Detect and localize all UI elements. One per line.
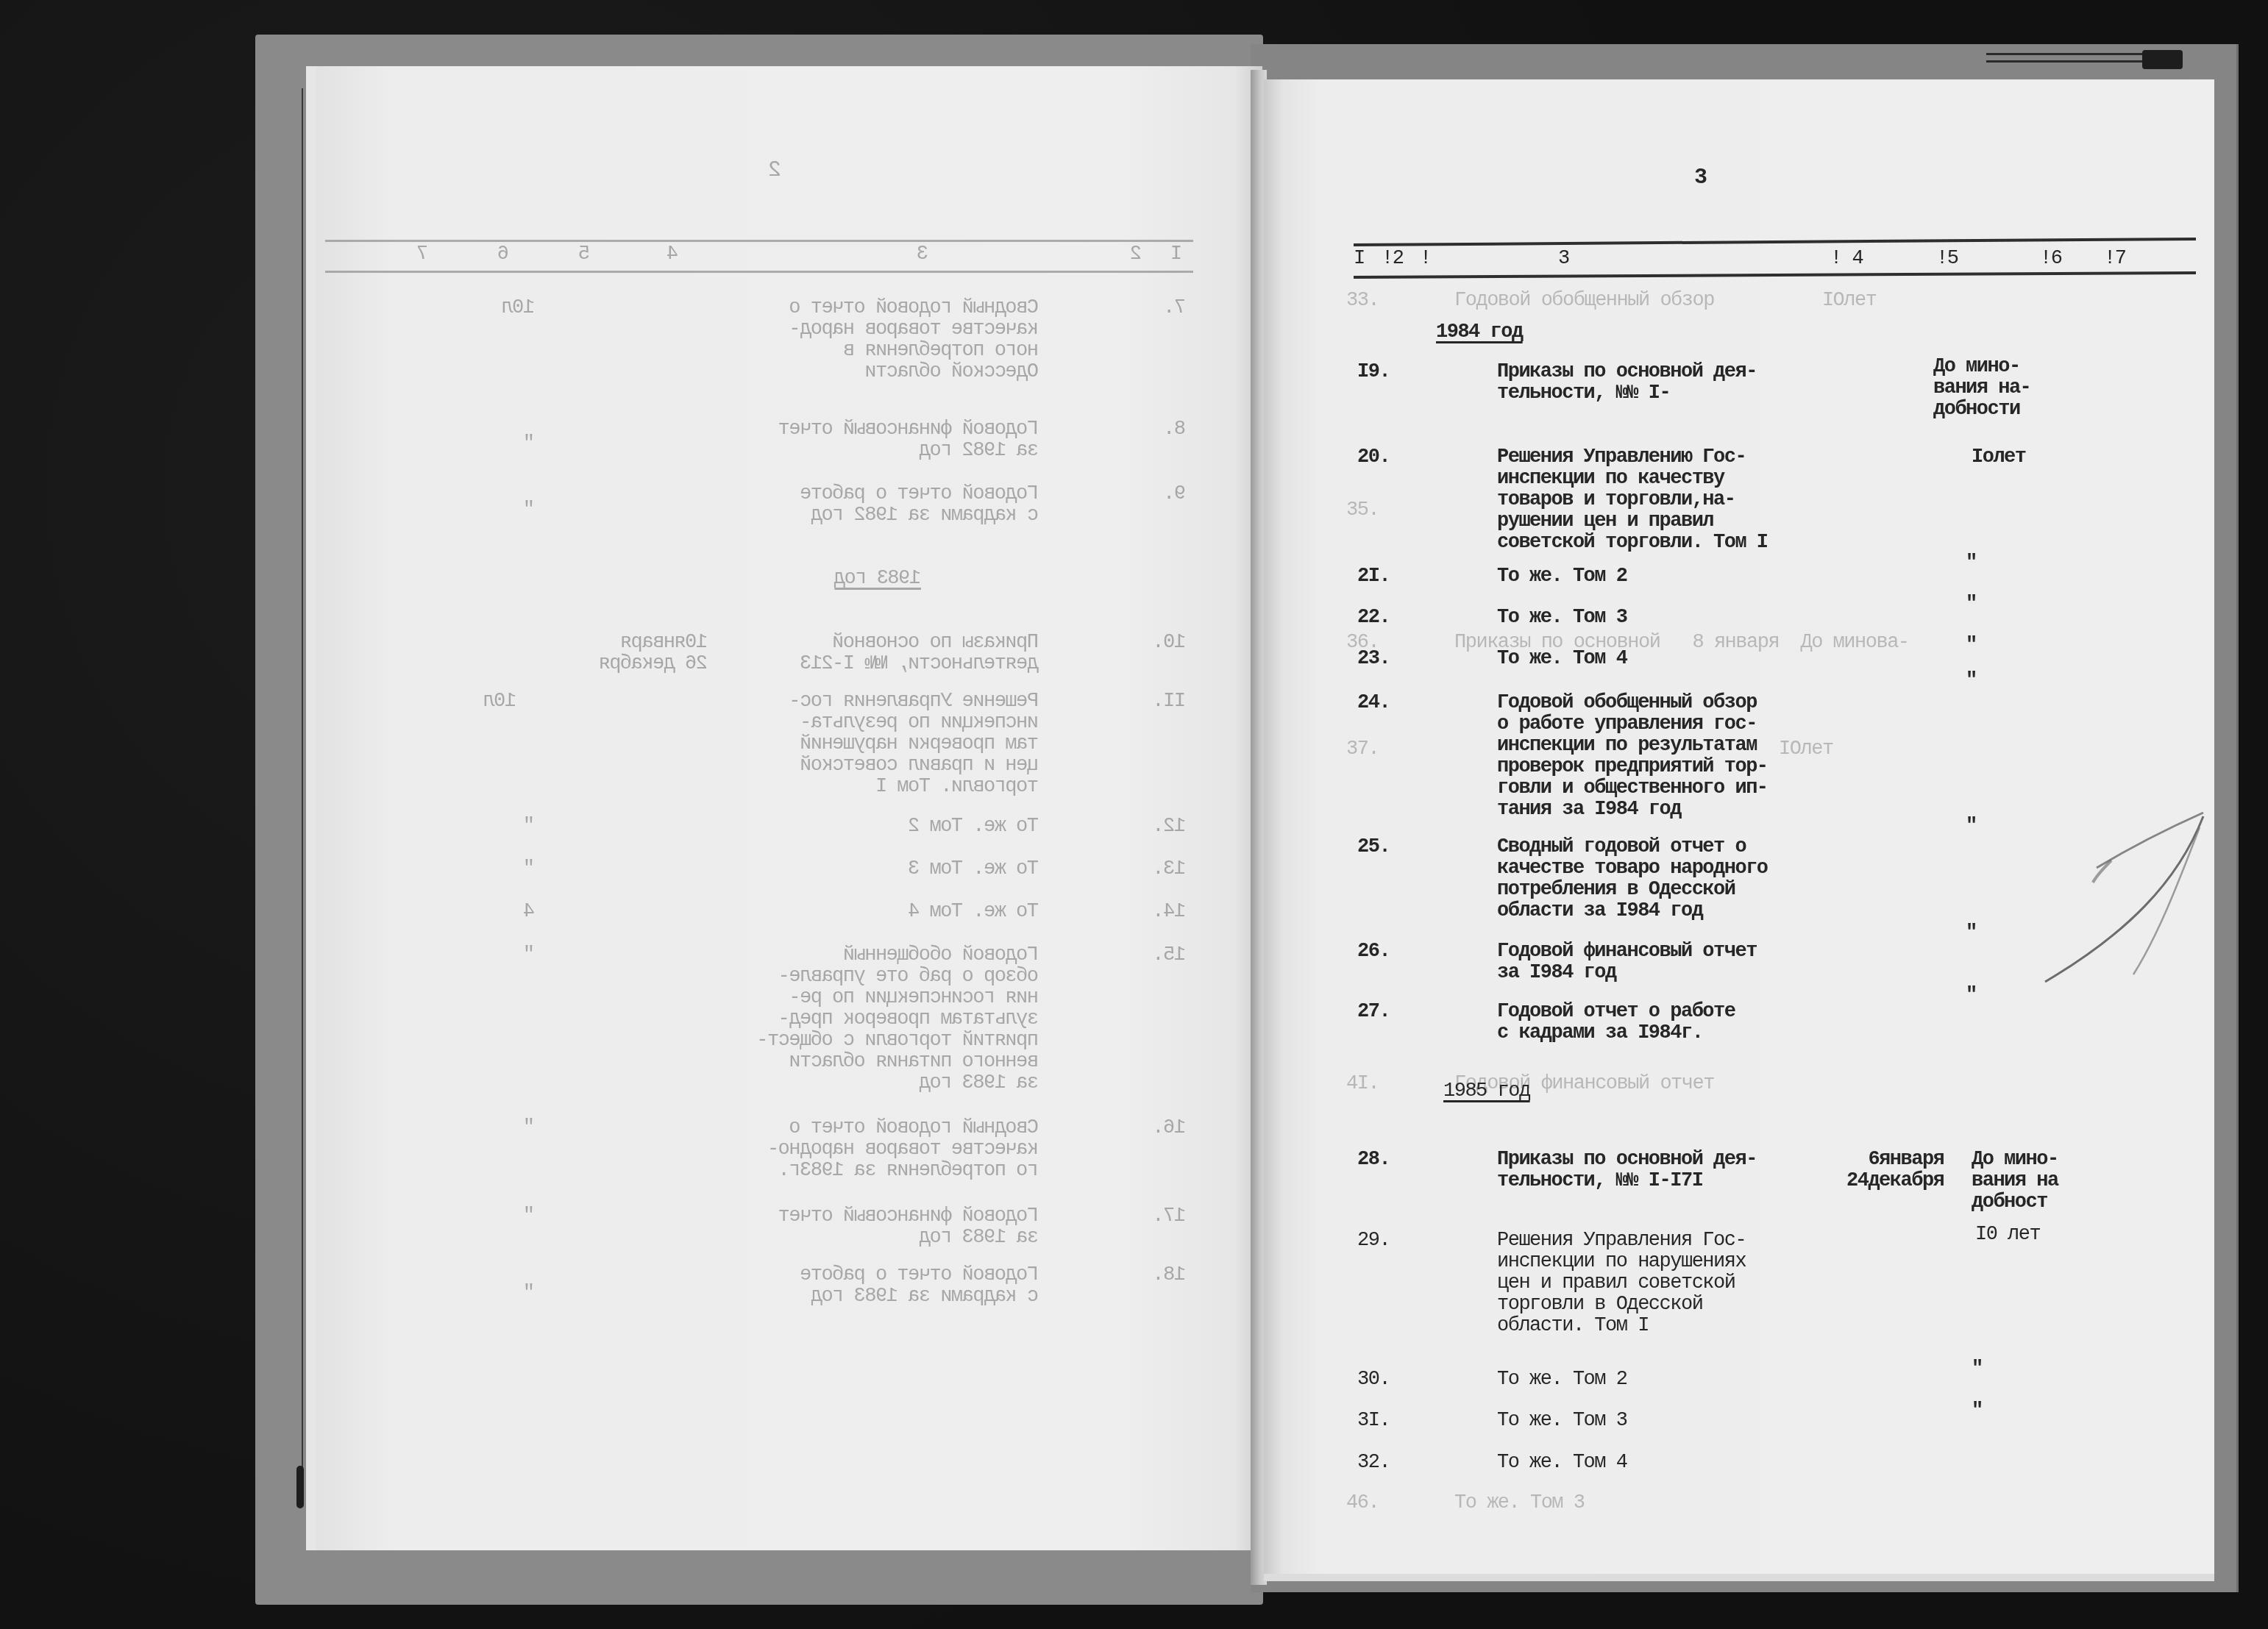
row-term: ": [524, 859, 535, 880]
row-term: ": [1972, 1401, 1983, 1422]
header-col-7: 7: [417, 244, 428, 265]
header-col-6: 6: [498, 244, 509, 265]
header-col-1: I: [1171, 244, 1182, 265]
show-through-text: 33. Годовой обобщенный обзор IОлет: [1346, 290, 1876, 312]
cover-label-mark: [2142, 50, 2183, 69]
header-col-1: I: [1354, 249, 1365, 270]
row-term: I0 лет: [1975, 1225, 2040, 1246]
show-through-text: 36. Приказы по основной 8 января До мино…: [1346, 632, 1909, 654]
row-number: 7.: [1165, 298, 1186, 319]
year-heading-1985: 1985 год: [1443, 1081, 1530, 1102]
row-number: 27.: [1357, 1002, 1390, 1023]
row-number: 2I.: [1357, 566, 1390, 588]
row-number: 26.: [1357, 941, 1390, 963]
row-dates: 10января 26 декабря: [600, 632, 708, 675]
row-term: ": [524, 500, 535, 521]
row-number: 29.: [1357, 1230, 1390, 1252]
row-title: Приказы по основной дея- тельности, №№ I…: [1497, 362, 1757, 404]
row-title: Годовой отчет о работе с кадрами за I984…: [1497, 1002, 1735, 1044]
row-term: ": [1972, 1359, 1983, 1380]
row-number: 20.: [1357, 447, 1390, 468]
row-number: 15.: [1153, 945, 1186, 966]
header-col-3: 3: [1558, 249, 1569, 270]
spine-clip: [296, 1466, 304, 1508]
row-title: То же. Том 3: [909, 859, 1039, 880]
cover-rule: [1986, 53, 2142, 55]
row-title: Сводный годовой отчет о качестве товаров…: [790, 298, 1039, 383]
row-title: Годовой финансовый отчет за 1983 год: [779, 1206, 1039, 1249]
row-number: 22.: [1357, 607, 1390, 629]
header-col-6: !6: [2040, 249, 2061, 270]
row-title: То же. Том 4: [1497, 1452, 1627, 1474]
row-title: Годовой обобщенный обзор о работе управл…: [1497, 693, 1768, 821]
row-number: 14.: [1153, 902, 1186, 923]
page-number: 3: [1694, 168, 1707, 189]
row-title: То же. Том 4: [1497, 649, 1627, 670]
row-term: ": [1966, 635, 1977, 657]
header-col-4: ! 4: [1830, 249, 1863, 270]
row-title: Годовой финансовый отчет за 1982 год: [779, 419, 1039, 462]
row-number: 17.: [1153, 1206, 1186, 1227]
header-sep: !: [1420, 249, 1431, 270]
page-number: 2: [769, 160, 781, 182]
row-number: 3I.: [1357, 1411, 1390, 1432]
header-col-5: !5: [1936, 249, 1958, 270]
row-term: ": [524, 816, 535, 838]
row-number: 25.: [1357, 837, 1390, 858]
row-term: ": [1966, 816, 1977, 838]
row-term: До мино- вания на добност: [1972, 1149, 2058, 1213]
row-title: Годовой отчет о работе с кадрами за 1983…: [801, 1265, 1039, 1308]
row-number: 32.: [1357, 1452, 1390, 1474]
row-title: То же. Том 3: [1497, 1411, 1627, 1432]
row-title: Сводный годовой отчет о качестве товаро …: [1497, 837, 1768, 922]
header-col-3: 3: [917, 244, 928, 265]
row-title: То же. Том 2: [909, 816, 1039, 838]
cover-rule: [1986, 60, 2142, 63]
row-number: 28.: [1357, 1149, 1390, 1171]
row-title: Годовой обобщенный обзор о раб оте управ…: [758, 945, 1039, 1094]
row-number: I9.: [1357, 362, 1390, 383]
row-number: 8.: [1165, 419, 1186, 441]
row-number: 16.: [1153, 1118, 1186, 1139]
row-term: 10л: [484, 691, 516, 713]
row-term: ": [524, 1206, 535, 1227]
row-number: II.: [1153, 691, 1186, 713]
row-title: Годовой финансовый отчет за I984 год: [1497, 941, 1757, 984]
row-title: Годовой отчет о работе с кадрами за 1982…: [801, 484, 1039, 527]
row-term: ": [1966, 923, 1977, 944]
row-number: 23.: [1357, 649, 1390, 670]
header-col-2: 2: [1131, 244, 1142, 265]
header-col-4: 4: [667, 244, 678, 265]
header-col-5: 5: [579, 244, 590, 265]
row-number: 13.: [1153, 859, 1186, 880]
row-term: ": [524, 945, 535, 966]
row-title: То же. Том 4: [909, 902, 1039, 923]
row-dates: 6января 24декабря: [1846, 1149, 1944, 1192]
year-heading-1984: 1984 год: [1436, 322, 1523, 343]
row-title: Решение Управления гос- инспекции по рез…: [790, 691, 1039, 798]
row-term: ": [1966, 985, 1977, 1007]
row-term: ": [524, 434, 535, 455]
row-term: ": [524, 1118, 535, 1139]
row-term: 4: [524, 902, 535, 923]
left-page-show-through: 2 I 2 3 4 5 6 7 7. Сводный годовой отчет…: [306, 66, 1252, 1550]
row-number: 10.: [1153, 632, 1186, 654]
row-title: То же. Том 2: [1497, 566, 1627, 588]
row-number: 24.: [1357, 693, 1390, 714]
row-term: До мино- вания на- добности: [1933, 357, 2030, 421]
show-through-text: 46. То же. Том 3: [1346, 1493, 1584, 1514]
row-title: Приказы по основной дея- тельности, №№ I…: [1497, 1149, 1757, 1192]
row-term: ": [1966, 671, 1977, 692]
row-term: 10л: [502, 298, 535, 319]
spine-edge: [302, 88, 303, 1471]
show-through-text: 35.: [1346, 500, 1379, 521]
row-title: Решения Управления Гос- инспекции по нар…: [1497, 1230, 1746, 1337]
row-number: 30.: [1357, 1369, 1390, 1391]
row-title: Приказы по основной деятельности, №№ I-2…: [801, 632, 1039, 675]
row-title: Решения Управлению Гос- инспекции по кач…: [1497, 447, 1768, 554]
row-term: Iолет: [1972, 447, 2026, 468]
row-term: ": [1966, 594, 1977, 616]
row-number: 18.: [1153, 1265, 1186, 1286]
row-title: Сводный годовой отчет о качестве товаров…: [768, 1118, 1039, 1182]
row-term: ": [1966, 553, 1977, 574]
header-col-2: !2: [1382, 249, 1403, 270]
row-title: То же. Том 2: [1497, 1369, 1627, 1391]
header-col-7: !7: [2104, 249, 2125, 270]
year-heading: 1983 год: [834, 568, 921, 590]
row-title: То же. Том 3: [1497, 607, 1627, 629]
row-number: 9.: [1165, 484, 1186, 505]
row-term: ": [524, 1283, 535, 1305]
pen-scribble-mark: [2023, 794, 2268, 1030]
row-number: 12.: [1153, 816, 1186, 838]
